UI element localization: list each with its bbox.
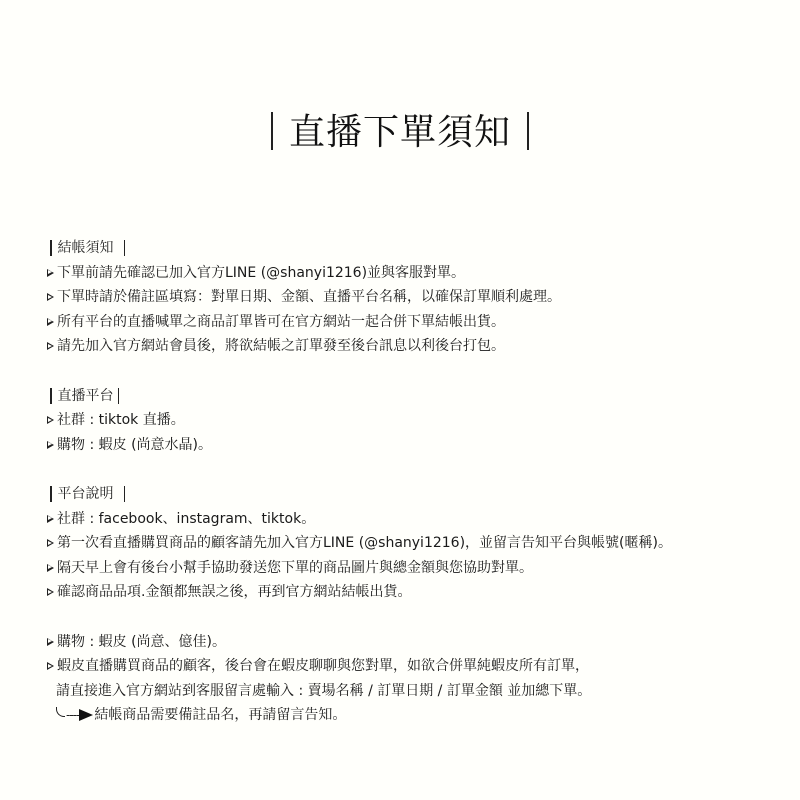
list-item-text: 所有平台的直播喊單之商品訂單皆可在官方網站一起合併下單結帳出貨。 (57, 310, 505, 335)
heading-bar-right (124, 486, 126, 502)
list-item: 社群 : tiktok 直播。 (46, 408, 766, 433)
list-item-text: 蝦皮直播購買商品的顧客，後台會在蝦皮聊聊與您對單，如欲合併單純蝦皮所有訂單， (57, 654, 589, 679)
list-item-text: 下單時請於備註區填寫：對單日期、金額、直播平台名稱，以確保訂單順利處理。 (57, 285, 561, 310)
list-item: 請先加入官方網站會員後，將欲結帳之訂單發至後台訊息以利後台打包。 (46, 334, 766, 359)
triangle-bullet-icon (47, 269, 54, 277)
section-checkout-notice: 結帳須知 下單前請先確認已加入官方LINE (@shanyi1216)並與客服對… (46, 236, 766, 359)
triangle-bullet-icon (47, 515, 54, 523)
triangle-bullet-icon (47, 441, 54, 449)
page-title-text: 直播下單須知 (289, 112, 511, 153)
section-heading: 平台說明 (46, 482, 766, 507)
section-shopee-notes: 購物 : 蝦皮 (尚意、億佳)。 蝦皮直播購買商品的顧客，後台會在蝦皮聊聊與您對… (46, 630, 766, 728)
list-item-text: 確認商品品項.金額都無誤之後，再到官方網站結帳出貨。 (57, 580, 411, 605)
triangle-bullet-icon (47, 293, 54, 301)
section-heading-text: 平台說明 (58, 482, 114, 507)
list-item: 下單前請先確認已加入官方LINE (@shanyi1216)並與客服對單。 (46, 261, 766, 286)
section-heading: 直播平台 (46, 384, 766, 409)
hook-arrow-icon (56, 707, 65, 717)
section-heading-text: 結帳須知 (58, 236, 114, 261)
section-platform-description: 平台說明 社群 : facebook、instagram、tiktok。 第一次… (46, 482, 766, 605)
section-heading-text: 直播平台 (58, 384, 114, 409)
list-item: 第一次看直播購買商品的顧客請先加入官方LINE (@shanyi1216)，並留… (46, 531, 766, 556)
arrow-note: ---- 結帳商品需要備註品名，再請留言告知。 (46, 703, 766, 728)
section-heading: 結帳須知 (46, 236, 766, 261)
list-item-text: 社群 : tiktok 直播。 (57, 408, 185, 433)
heading-bar-left (50, 388, 52, 404)
list-item-continuation: 請直接進入官方網站到客服留言處輸入 : 賣場名稱 / 訂單日期 / 訂單金額 並… (46, 679, 766, 704)
list-item: 隔天早上會有後台小幫手協助發送您下單的商品圖片與總金額與您協助對單。 (46, 556, 766, 581)
triangle-bullet-icon (47, 342, 54, 350)
heading-bar-left (50, 240, 52, 256)
list-item: 確認商品品項.金額都無誤之後，再到官方網站結帳出貨。 (46, 580, 766, 605)
heading-bar-left (50, 486, 52, 502)
list-item-text: 購物 : 蝦皮 (尚意水晶)。 (57, 433, 212, 458)
continuation-text: 請直接進入官方網站到客服留言處輸入 : 賣場名稱 / 訂單日期 / 訂單金額 並… (56, 679, 591, 704)
arrow-dashes: ---- (66, 703, 79, 728)
triangle-bullet-icon (47, 318, 54, 326)
list-item-text: 社群 : facebook、instagram、tiktok。 (57, 507, 315, 532)
triangle-bullet-icon (47, 662, 54, 670)
arrow-note-text: 結帳商品需要備註品名，再請留言告知。 (94, 703, 346, 728)
list-item: 蝦皮直播購買商品的顧客，後台會在蝦皮聊聊與您對單，如欲合併單純蝦皮所有訂單， (46, 654, 766, 679)
list-item: 社群 : facebook、instagram、tiktok。 (46, 507, 766, 532)
list-item: 購物 : 蝦皮 (尚意、億佳)。 (46, 630, 766, 655)
list-item-text: 請先加入官方網站會員後，將欲結帳之訂單發至後台訊息以利後台打包。 (57, 334, 505, 359)
notice-content: 結帳須知 下單前請先確認已加入官方LINE (@shanyi1216)並與客服對… (46, 236, 766, 728)
title-bar-right (527, 112, 529, 150)
list-item-text: 第一次看直播購買商品的顧客請先加入官方LINE (@shanyi1216)，並留… (57, 531, 672, 556)
list-item-text: 隔天早上會有後台小幫手協助發送您下單的商品圖片與總金額與您協助對單。 (57, 556, 533, 581)
title-bar-left (271, 112, 273, 150)
list-item-text: 下單前請先確認已加入官方LINE (@shanyi1216)並與客服對單。 (57, 261, 465, 286)
arrow-right-icon (79, 709, 93, 721)
triangle-bullet-icon (47, 638, 54, 646)
heading-bar-right (124, 240, 126, 256)
page-title: 直播下單須知 (0, 108, 800, 158)
triangle-bullet-icon (47, 564, 54, 572)
heading-bar-right (118, 388, 120, 404)
list-item: 所有平台的直播喊單之商品訂單皆可在官方網站一起合併下單結帳出貨。 (46, 310, 766, 335)
list-item: 下單時請於備註區填寫：對單日期、金額、直播平台名稱，以確保訂單順利處理。 (46, 285, 766, 310)
section-live-platforms: 直播平台 社群 : tiktok 直播。 購物 : 蝦皮 (尚意水晶)。 (46, 384, 766, 458)
triangle-bullet-icon (47, 539, 54, 547)
triangle-bullet-icon (47, 588, 54, 596)
list-item-text: 購物 : 蝦皮 (尚意、億佳)。 (57, 630, 226, 655)
triangle-bullet-icon (47, 416, 54, 424)
list-item: 購物 : 蝦皮 (尚意水晶)。 (46, 433, 766, 458)
